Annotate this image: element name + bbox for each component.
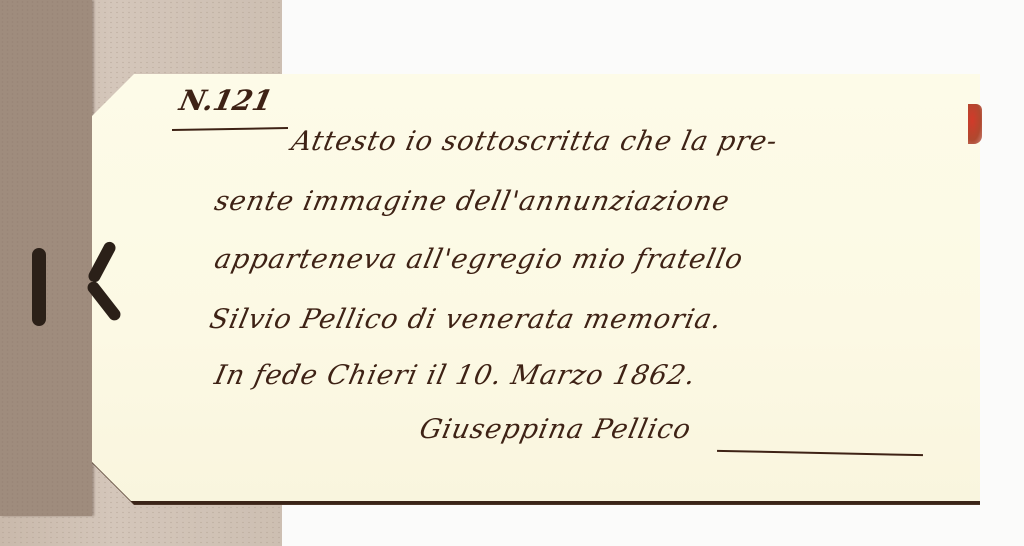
text-line-2: sente immagine dell'annunziazione: [212, 186, 733, 217]
text-line-5: In fede Chieri il 10. Marzo 1862.: [212, 360, 699, 391]
text-line-4: Silvio Pellico di venerata memoria.: [207, 304, 725, 335]
wax-seal-fragment: [968, 104, 982, 144]
binding-strip: [0, 0, 92, 516]
signature: Giuseppina Pellico: [417, 414, 695, 445]
inventory-number: N.121: [176, 84, 275, 117]
text-line-1: Attesto io sottoscritta che la pre-: [289, 126, 781, 157]
text-line-3: apparteneva all'egregio mio fratello: [212, 244, 747, 275]
thread-knot-left: [32, 248, 46, 326]
